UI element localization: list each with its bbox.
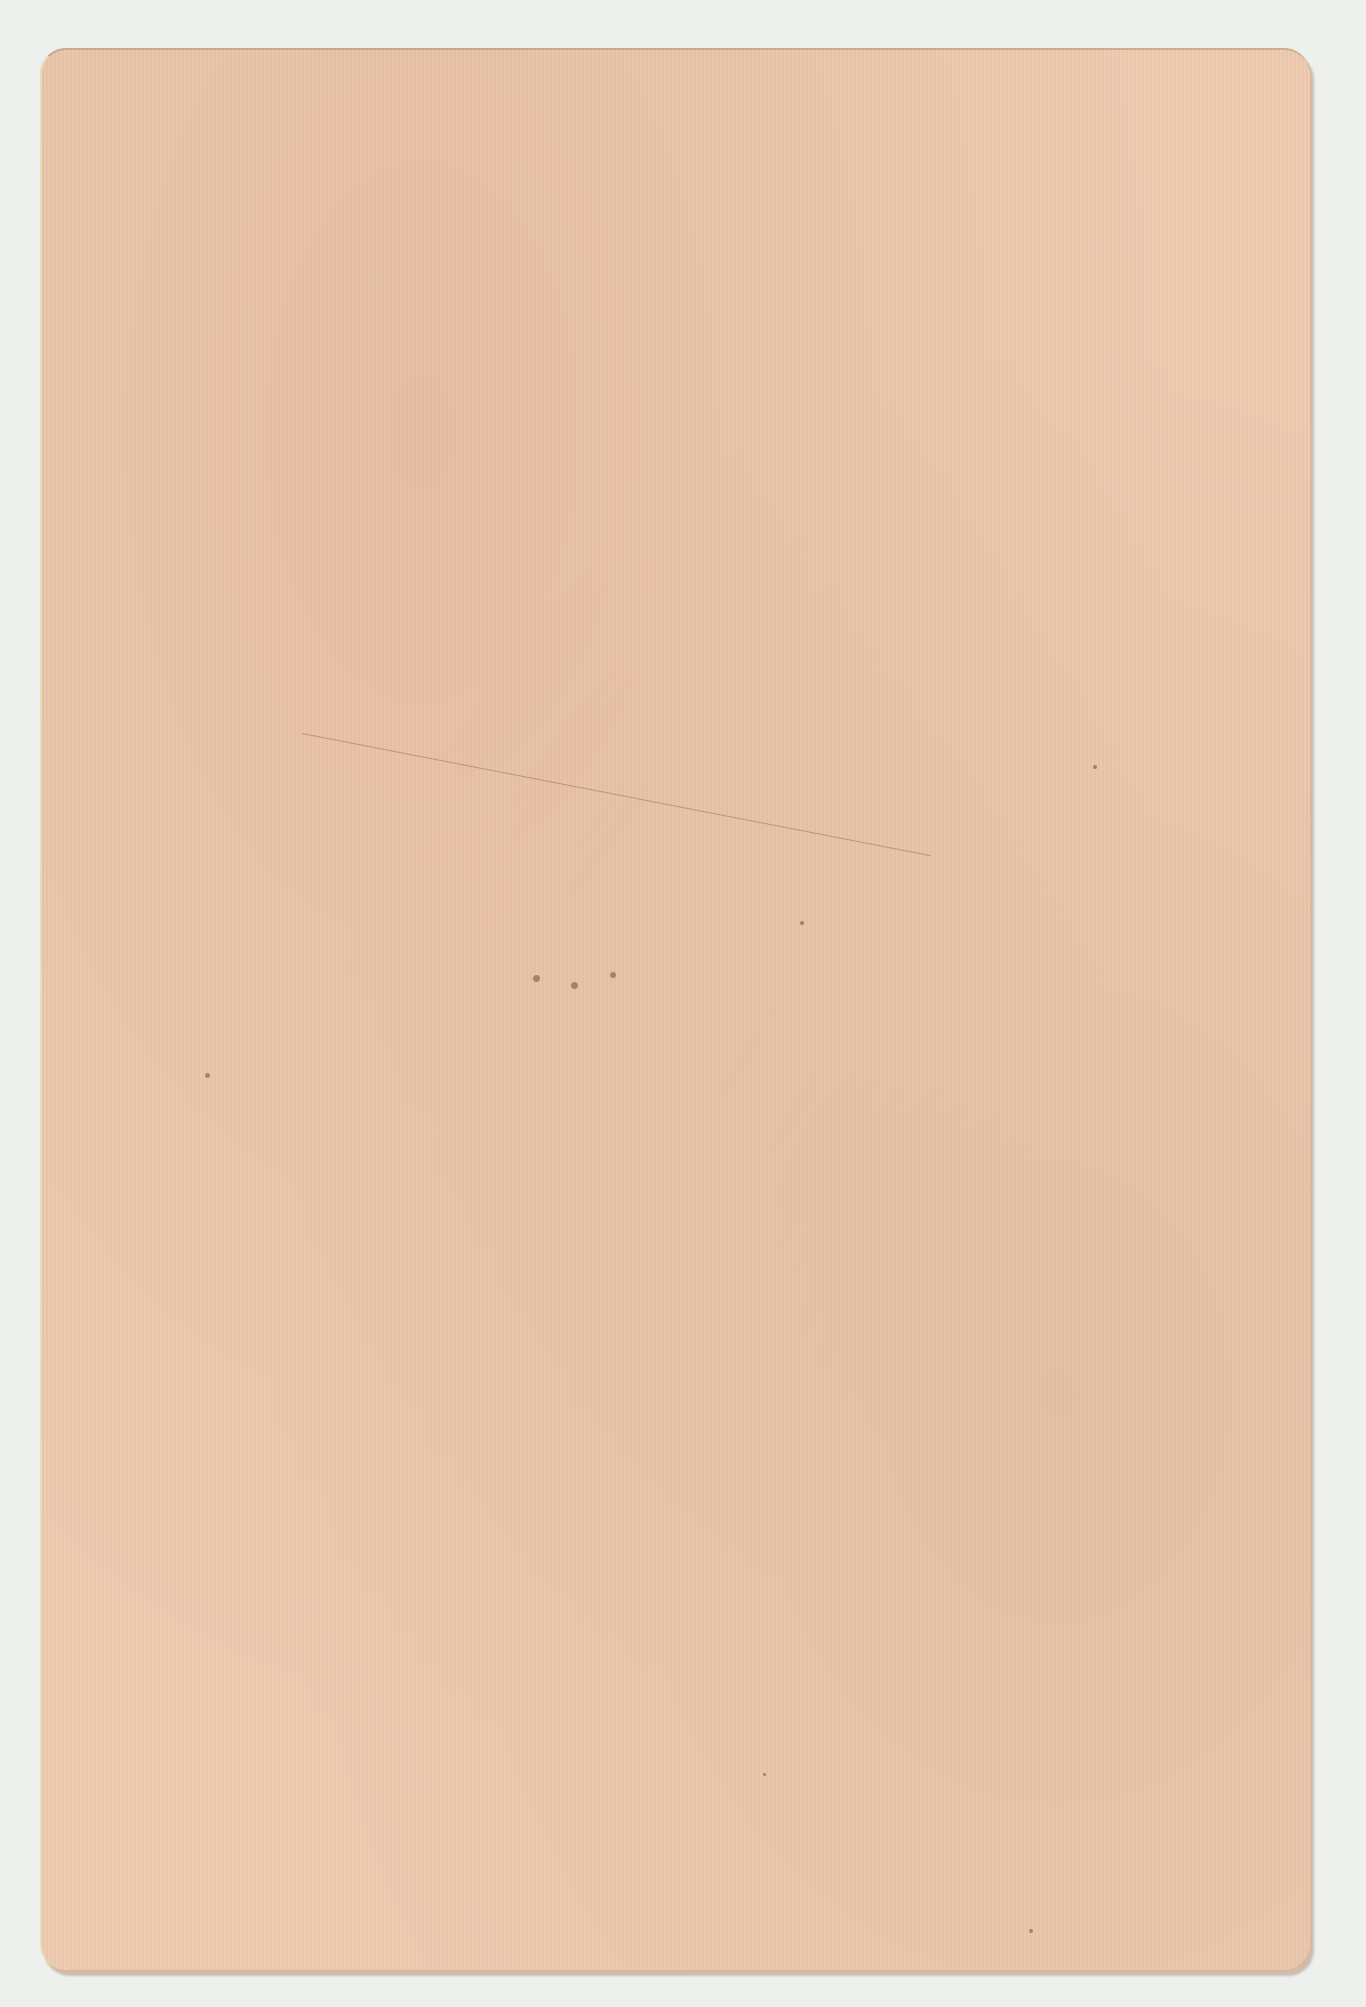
scratch-mark [302,733,930,856]
stain-spot [1029,1929,1033,1933]
stain-spot [571,982,578,989]
stain-spot [205,1073,210,1078]
stain-spot [800,921,804,925]
stain-spot [533,975,540,982]
cabinet-card-back [40,48,1310,1970]
stain-spot [1093,765,1097,769]
stain-spot [610,972,616,978]
stain-spot [763,1773,766,1776]
